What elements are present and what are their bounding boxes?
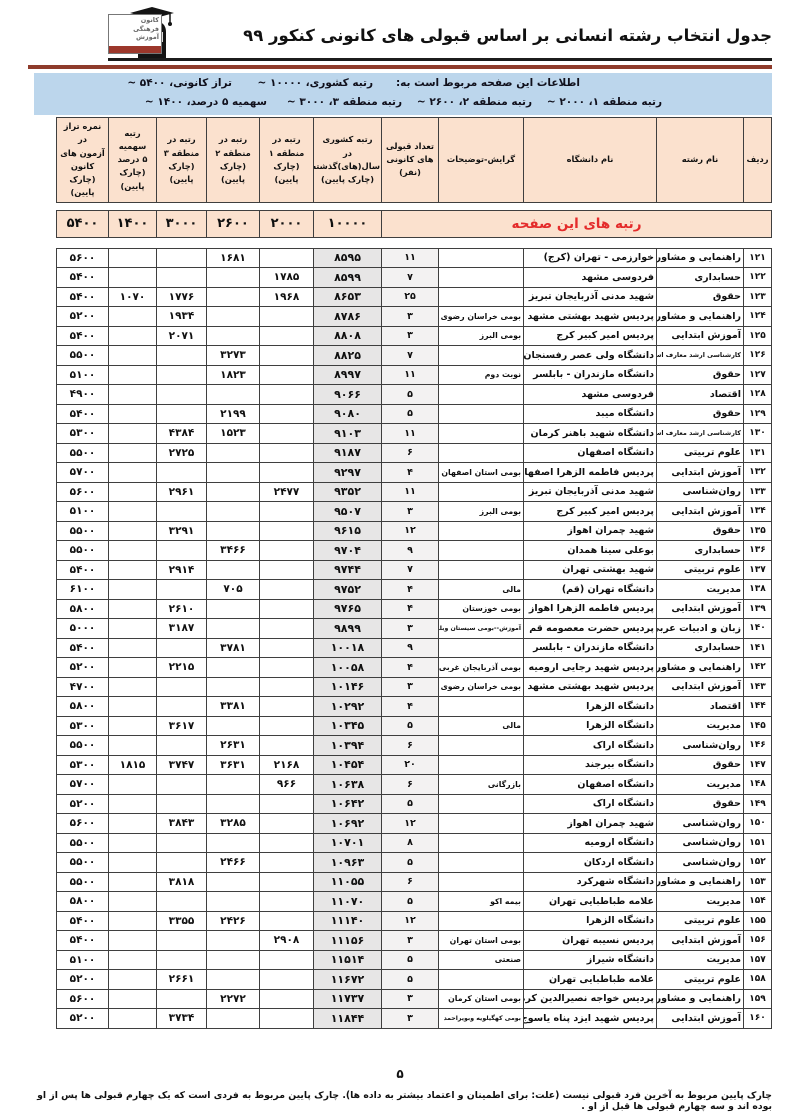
cell-taraz: ۴۹۰۰ (57, 385, 109, 405)
table-row: ۱۴۶روان‌شناسیدانشگاه اراک۶۱۰۳۹۴۲۶۳۱۵۵۰۰ (57, 736, 772, 756)
page-rank-m1: ۲۰۰۰ (260, 210, 314, 237)
cell-tedad: ۴ (382, 658, 439, 678)
cell-reshte: آموزش ابتدایی (657, 326, 744, 346)
cell-m2 (207, 950, 260, 970)
cell-reshte: مدیریت (657, 580, 744, 600)
cell-tedad: ۱۲ (382, 911, 439, 931)
cell-m1 (260, 599, 314, 619)
cell-m3: ۴۳۸۴ (157, 424, 207, 444)
cell-daneshgah: دانشگاه الزهرا (524, 911, 657, 931)
cell-daneshgah: دانشگاه اراک (524, 794, 657, 814)
page-rank-keshvari: ۱۰۰۰۰ (314, 210, 382, 237)
cell-keshvari: ۱۱۱۵۶ (314, 931, 382, 951)
cell-taraz: ۵۵۰۰ (57, 541, 109, 561)
cell-daneshgah: پردیس شهید ایزد پناه یاسوج (524, 1009, 657, 1029)
cell-daneshgah: شهید مدنی آذربایجان تبریز (524, 482, 657, 502)
cell-radif: ۱۲۵ (744, 326, 772, 346)
cell-radif: ۱۲۴ (744, 307, 772, 327)
cell-sahmiye (109, 716, 157, 736)
table-row: ۱۴۸مدیریتدانشگاه اصفهانبازرگانی۶۱۰۶۳۸۹۶۶… (57, 775, 772, 795)
cell-tedad: ۶ (382, 736, 439, 756)
cell-daneshgah: دانشگاه شیراز (524, 950, 657, 970)
cell-reshte: کارشناسی ارشد معارف اسلامی و حقوق (657, 346, 744, 366)
cell-keshvari: ۱۱۶۷۲ (314, 970, 382, 990)
cell-gerayesh (439, 736, 524, 756)
cell-m2 (207, 677, 260, 697)
cell-sahmiye (109, 560, 157, 580)
cell-taraz: ۵۵۰۰ (57, 872, 109, 892)
cell-tedad: ۳ (382, 677, 439, 697)
cell-m3: ۳۱۸۷ (157, 619, 207, 639)
cell-keshvari: ۹۱۰۳ (314, 424, 382, 444)
cell-tedad: ۵ (382, 970, 439, 990)
cell-radif: ۱۶۰ (744, 1009, 772, 1029)
cell-sahmiye (109, 404, 157, 424)
cell-reshte: مدیریت (657, 950, 744, 970)
cell-taraz: ۵۵۰۰ (57, 736, 109, 756)
cell-tedad: ۳ (382, 931, 439, 951)
table-row: ۱۳۵حقوقشهید چمران اهواز۱۲۹۶۱۵۳۲۹۱۵۵۰۰ (57, 521, 772, 541)
cell-gerayesh: مالی (439, 580, 524, 600)
cell-keshvari: ۸۵۹۹ (314, 268, 382, 288)
cell-taraz: ۵۲۰۰ (57, 794, 109, 814)
cell-gerayesh (439, 482, 524, 502)
cell-sahmiye (109, 697, 157, 717)
cell-daneshgah: پردیس شهید بهشتی مشهد (524, 307, 657, 327)
cell-sahmiye (109, 775, 157, 795)
cell-radif: ۱۳۱ (744, 443, 772, 463)
cell-reshte: راهنمایی و مشاوره (657, 872, 744, 892)
cell-sahmiye (109, 580, 157, 600)
cell-gerayesh: آموزش--بومی سیستان وبلوچستان (439, 619, 524, 639)
cell-daneshgah: دانشگاه اصفهان (524, 443, 657, 463)
cell-radif: ۱۵۴ (744, 892, 772, 912)
cell-daneshgah: پردیس نسیبه تهران (524, 931, 657, 951)
cell-m3 (157, 794, 207, 814)
cell-m2 (207, 833, 260, 853)
cell-daneshgah: خوارزمی - تهران (کرج) (524, 248, 657, 268)
cell-taraz: ۵۲۰۰ (57, 307, 109, 327)
cell-daneshgah: دانشگاه تهران (قم) (524, 580, 657, 600)
cell-keshvari: ۹۳۵۲ (314, 482, 382, 502)
cell-m3: ۲۶۱۰ (157, 599, 207, 619)
cell-gerayesh (439, 970, 524, 990)
table-row: ۱۴۵مدیریتدانشگاه الزهرامالی۵۱۰۳۴۵۳۶۱۷۵۳۰… (57, 716, 772, 736)
cell-m2: ۱۵۲۳ (207, 424, 260, 444)
cell-m2 (207, 385, 260, 405)
cell-tedad: ۵ (382, 853, 439, 873)
cell-gerayesh: بومی البرز (439, 502, 524, 522)
cell-m2 (207, 619, 260, 639)
cell-keshvari: ۱۱۸۴۴ (314, 1009, 382, 1029)
cell-reshte: روان‌شناسی (657, 853, 744, 873)
cell-radif: ۱۲۲ (744, 268, 772, 288)
header-tedad: تعداد قبولی های کانونی (نفر) (382, 118, 439, 203)
page-title: جدول انتخاب رشته انسانی بر اساس قبولی ها… (243, 26, 772, 45)
cell-m1 (260, 346, 314, 366)
cell-tedad: ۱۲ (382, 814, 439, 834)
cell-sahmiye (109, 911, 157, 931)
cell-daneshgah: دانشگاه ولی عصر رفسنجان (524, 346, 657, 366)
cell-keshvari: ۹۰۶۶ (314, 385, 382, 405)
cell-gerayesh: بومی کهگیلویه وبویراحمد (439, 1009, 524, 1029)
cell-daneshgah: پردیس شهید بهشتی مشهد (524, 677, 657, 697)
cell-daneshgah: دانشگاه اصفهان (524, 775, 657, 795)
cell-gerayesh (439, 853, 524, 873)
cell-reshte: علوم تربیتی (657, 970, 744, 990)
cell-gerayesh (439, 346, 524, 366)
cell-tedad: ۲۰ (382, 755, 439, 775)
cell-radif: ۱۴۰ (744, 619, 772, 639)
cell-taraz: ۵۱۰۰ (57, 502, 109, 522)
separator-cell (57, 237, 772, 248)
cell-sahmiye (109, 521, 157, 541)
cell-tedad: ۴ (382, 599, 439, 619)
cell-tedad: ۷ (382, 346, 439, 366)
cell-m1 (260, 892, 314, 912)
cell-gerayesh (439, 697, 524, 717)
cell-radif: ۱۴۶ (744, 736, 772, 756)
cell-m3 (157, 385, 207, 405)
cell-m1 (260, 1009, 314, 1029)
cell-radif: ۱۲۳ (744, 287, 772, 307)
cell-reshte: حقوق (657, 521, 744, 541)
cell-radif: ۱۲۷ (744, 365, 772, 385)
cell-m1 (260, 404, 314, 424)
cell-m3 (157, 989, 207, 1009)
cell-taraz: ۴۷۰۰ (57, 677, 109, 697)
cell-sahmiye (109, 326, 157, 346)
cell-tedad: ۱۱ (382, 248, 439, 268)
table-row: ۱۴۹حقوقدانشگاه اراک۵۱۰۶۴۲۵۲۰۰ (57, 794, 772, 814)
footer-note: چارک پایین مربوط به آخرین فرد قبولی نیست… (28, 1090, 772, 1112)
cell-keshvari: ۱۰۰۱۸ (314, 638, 382, 658)
cell-tedad: ۴ (382, 697, 439, 717)
cell-sahmiye (109, 385, 157, 405)
cell-gerayesh (439, 424, 524, 444)
cell-m1 (260, 580, 314, 600)
cell-sahmiye (109, 268, 157, 288)
cell-taraz: ۵۲۰۰ (57, 970, 109, 990)
header-taraz: نمره تراز در آزمون های کانون (چارک پایین… (57, 118, 109, 203)
cell-keshvari: ۸۹۹۷ (314, 365, 382, 385)
cell-sahmiye (109, 833, 157, 853)
cell-tedad: ۵ (382, 404, 439, 424)
cell-reshte: روان‌شناسی (657, 736, 744, 756)
cell-reshte: روان‌شناسی (657, 482, 744, 502)
cell-m3: ۳۶۱۷ (157, 716, 207, 736)
table-row: ۱۲۳حقوقشهید مدنی آذربایجان تبریز۲۵۸۶۵۳۱۹… (57, 287, 772, 307)
cell-sahmiye (109, 989, 157, 1009)
cell-m3 (157, 463, 207, 483)
cell-m1: ۲۱۶۸ (260, 755, 314, 775)
cell-m3 (157, 677, 207, 697)
cell-m2 (207, 287, 260, 307)
cell-m3 (157, 346, 207, 366)
cell-taraz: ۵۵۰۰ (57, 853, 109, 873)
cell-taraz: ۵۰۰۰ (57, 619, 109, 639)
table-row: ۱۴۴اقتصاددانشگاه الزهرا۴۱۰۲۹۲۳۳۸۱۵۸۰۰ (57, 697, 772, 717)
cell-keshvari: ۱۰۱۴۶ (314, 677, 382, 697)
cell-m3 (157, 892, 207, 912)
cell-daneshgah: پردیس امیر کبیر کرج (524, 502, 657, 522)
cell-gerayesh (439, 268, 524, 288)
cell-sahmiye (109, 502, 157, 522)
cell-keshvari: ۹۷۴۴ (314, 560, 382, 580)
cell-m1: ۲۹۰۸ (260, 931, 314, 951)
cell-gerayesh: مالی (439, 716, 524, 736)
cell-m1 (260, 502, 314, 522)
table-row: ۱۴۳آموزش ابتداییپردیس شهید بهشتی مشهدبوم… (57, 677, 772, 697)
cell-tedad: ۹ (382, 638, 439, 658)
info-region2-rank: رتبه منطقه ۲، ۲۶۰۰ ~ (417, 96, 532, 108)
cell-tedad: ۴ (382, 580, 439, 600)
page-rank-taraz: ۵۴۰۰ (57, 210, 109, 237)
cell-m1 (260, 950, 314, 970)
cell-m3: ۳۸۴۳ (157, 814, 207, 834)
cell-keshvari: ۱۰۳۴۵ (314, 716, 382, 736)
cell-daneshgah: پردیس خواجه نصیرالدین کرمان (524, 989, 657, 1009)
cell-m1 (260, 560, 314, 580)
cell-taraz: ۶۱۰۰ (57, 580, 109, 600)
table-row: ۱۶۰آموزش ابتداییپردیس شهید ایزد پناه یاس… (57, 1009, 772, 1029)
cell-tedad: ۴ (382, 463, 439, 483)
cell-tedad: ۳ (382, 307, 439, 327)
cell-keshvari: ۱۱۷۳۷ (314, 989, 382, 1009)
cell-daneshgah: شهید چمران اهواز (524, 814, 657, 834)
cell-radif: ۱۵۱ (744, 833, 772, 853)
cell-daneshgah: دانشگاه بیرجند (524, 755, 657, 775)
cell-daneshgah: دانشگاه شهید باهنر کرمان (524, 424, 657, 444)
cell-m1 (260, 521, 314, 541)
table-row: ۱۵۰روان‌شناسیشهید چمران اهواز۱۲۱۰۶۹۲۳۲۸۵… (57, 814, 772, 834)
cell-sahmiye (109, 950, 157, 970)
cell-tedad: ۱۱ (382, 482, 439, 502)
cell-reshte: آموزش ابتدایی (657, 677, 744, 697)
cell-reshte: راهنمایی و مشاوره (657, 307, 744, 327)
cell-tedad: ۳ (382, 989, 439, 1009)
cell-keshvari: ۱۰۴۵۴ (314, 755, 382, 775)
cell-keshvari: ۱۰۶۳۸ (314, 775, 382, 795)
cell-daneshgah: دانشگاه اردکان (524, 853, 657, 873)
cell-m2: ۳۴۶۶ (207, 541, 260, 561)
cell-m3: ۲۲۱۵ (157, 658, 207, 678)
cell-tedad: ۵ (382, 892, 439, 912)
cell-daneshgah: دانشگاه شهرکرد (524, 872, 657, 892)
table-row: ۱۵۲روان‌شناسیدانشگاه اردکان۵۱۰۹۶۳۲۴۶۶۵۵۰… (57, 853, 772, 873)
cell-m1 (260, 853, 314, 873)
cell-sahmiye (109, 736, 157, 756)
cell-sahmiye (109, 658, 157, 678)
cell-keshvari: ۹۷۵۲ (314, 580, 382, 600)
cell-keshvari: ۹۷۶۵ (314, 599, 382, 619)
cell-gerayesh (439, 541, 524, 561)
cell-m3 (157, 931, 207, 951)
cell-m1 (260, 970, 314, 990)
cell-m1 (260, 443, 314, 463)
cell-keshvari: ۱۱۵۱۴ (314, 950, 382, 970)
cell-m2: ۳۶۳۱ (207, 755, 260, 775)
table-row: ۱۳۰کارشناسی ارشد معارف اسلامی و حقوقدانش… (57, 424, 772, 444)
cell-taraz: ۵۵۰۰ (57, 833, 109, 853)
table-row: ۱۲۸اقتصادفردوسی مشهد۵۹۰۶۶۴۹۰۰ (57, 385, 772, 405)
info-banner: اطلاعات این صفحه مربوط است به: رتبه کشور… (34, 73, 772, 115)
table-row: ۱۵۴مدیریتعلامه طباطبایی تهرانبیمه اکو۵۱۱… (57, 892, 772, 912)
cell-taraz: ۵۵۰۰ (57, 443, 109, 463)
cell-daneshgah: فردوسی مشهد (524, 385, 657, 405)
table-row: ۱۲۷حقوقدانشگاه مازندران - بابلسرنوبت دوم… (57, 365, 772, 385)
info-quota-rank: سهمیه ۵ درصد، ۱۴۰۰ ~ (145, 96, 267, 108)
header-m1: رتبه در منطقه ۱ (چارک پایین) (260, 118, 314, 203)
cell-reshte: علوم تربیتی (657, 911, 744, 931)
cell-m1 (260, 716, 314, 736)
cell-sahmiye (109, 892, 157, 912)
cell-m3 (157, 502, 207, 522)
cell-radif: ۱۴۷ (744, 755, 772, 775)
cell-daneshgah: دانشگاه مازندران - بابلسر (524, 638, 657, 658)
cell-sahmiye (109, 307, 157, 327)
cell-gerayesh (439, 404, 524, 424)
table-row: ۱۳۷علوم تربیتیشهید بهشتی تهران۷۹۷۴۴۲۹۱۴۵… (57, 560, 772, 580)
cell-reshte: حقوق (657, 404, 744, 424)
cell-m1 (260, 833, 314, 853)
cell-radif: ۱۵۳ (744, 872, 772, 892)
cell-m3 (157, 248, 207, 268)
cell-tedad: ۲۵ (382, 287, 439, 307)
cell-sahmiye (109, 853, 157, 873)
cell-m1 (260, 872, 314, 892)
table-row: ۱۲۲حسابداریفردوسی مشهد۷۸۵۹۹۱۷۸۵۵۴۰۰ (57, 268, 772, 288)
document-page: کانون فرهنگی آموزش جدول انتخاب رشته انسا… (0, 0, 800, 1119)
header-row: ردیفنام رشتهنام دانشگاهگرایش-توضیحاتتعدا… (57, 118, 772, 203)
cell-m1 (260, 794, 314, 814)
cell-radif: ۱۲۸ (744, 385, 772, 405)
cell-sahmiye (109, 346, 157, 366)
cell-m2: ۲۶۳۱ (207, 736, 260, 756)
cell-m1: ۱۹۶۸ (260, 287, 314, 307)
cell-daneshgah: علامه طباطبایی تهران (524, 892, 657, 912)
cell-m2 (207, 268, 260, 288)
cell-m2 (207, 970, 260, 990)
cell-keshvari: ۸۸۲۵ (314, 346, 382, 366)
cell-m3 (157, 541, 207, 561)
table-row: ۱۵۵علوم تربیتیدانشگاه الزهرا۱۲۱۱۱۴۰۲۴۲۶۳… (57, 911, 772, 931)
cell-m1 (260, 677, 314, 697)
cell-gerayesh (439, 814, 524, 834)
cell-m3: ۲۹۶۱ (157, 482, 207, 502)
cell-m2: ۷۰۵ (207, 580, 260, 600)
cell-reshte: کارشناسی ارشد معارف اسلامی و حقوق (657, 424, 744, 444)
cell-gerayesh (439, 385, 524, 405)
cell-taraz: ۵۴۰۰ (57, 404, 109, 424)
kanoon-logo: کانون فرهنگی آموزش (64, 4, 176, 62)
cell-m2: ۳۳۸۱ (207, 697, 260, 717)
cell-m3: ۳۲۹۱ (157, 521, 207, 541)
logo-sign-line: کانون (109, 16, 159, 25)
cell-m2: ۲۲۷۲ (207, 989, 260, 1009)
cell-m3: ۱۹۳۴ (157, 307, 207, 327)
cell-reshte: آموزش ابتدایی (657, 502, 744, 522)
page-rank-sahmiye: ۱۴۰۰ (109, 210, 157, 237)
cell-m3 (157, 736, 207, 756)
cell-radif: ۱۴۴ (744, 697, 772, 717)
cell-m1 (260, 541, 314, 561)
cell-radif: ۱۴۹ (744, 794, 772, 814)
cell-radif: ۱۲۹ (744, 404, 772, 424)
cell-tedad: ۶ (382, 443, 439, 463)
cell-reshte: مدیریت (657, 716, 744, 736)
cell-m1 (260, 697, 314, 717)
table-row: ۱۲۶کارشناسی ارشد معارف اسلامی و حقوقدانش… (57, 346, 772, 366)
cell-daneshgah: پردیس فاطمه الزهرا اهواز (524, 599, 657, 619)
maroon-divider (28, 65, 772, 69)
separator-row (57, 237, 772, 248)
cell-taraz: ۵۳۰۰ (57, 424, 109, 444)
cell-m2 (207, 658, 260, 678)
header-reshte: نام رشته (657, 118, 744, 203)
header-radif: ردیف (744, 118, 772, 203)
cell-reshte: مدیریت (657, 892, 744, 912)
cell-radif: ۱۴۸ (744, 775, 772, 795)
cell-sahmiye (109, 619, 157, 639)
cell-tedad: ۳ (382, 1009, 439, 1029)
cell-m1: ۹۶۶ (260, 775, 314, 795)
cell-reshte: حقوق (657, 755, 744, 775)
cell-m3 (157, 950, 207, 970)
cell-taraz: ۵۷۰۰ (57, 463, 109, 483)
cell-daneshgah: پردیس امیر کبیر کرج (524, 326, 657, 346)
cell-m2: ۲۱۹۹ (207, 404, 260, 424)
cell-radif: ۱۴۱ (744, 638, 772, 658)
cell-taraz: ۵۳۰۰ (57, 716, 109, 736)
cell-radif: ۱۳۹ (744, 599, 772, 619)
table-row: ۱۵۷مدیریتدانشگاه شیرازصنعتی۵۱۱۵۱۴۵۱۰۰ (57, 950, 772, 970)
cell-gerayesh (439, 833, 524, 853)
cell-m3 (157, 775, 207, 795)
cell-reshte: مدیریت (657, 775, 744, 795)
cell-taraz: ۵۳۰۰ (57, 755, 109, 775)
info-region3-rank: رتبه منطقه ۳، ۳۰۰۰ ~ (287, 96, 402, 108)
cell-sahmiye (109, 677, 157, 697)
page-rank-m2: ۲۶۰۰ (207, 210, 260, 237)
cell-radif: ۱۳۰ (744, 424, 772, 444)
header-sahmiye: رتبه سهمیه ۵ درصد (چارک پایین) (109, 118, 157, 203)
cell-daneshgah: دانشگاه میبد (524, 404, 657, 424)
cell-m3 (157, 580, 207, 600)
table-row: ۱۲۴راهنمایی و مشاورهپردیس شهید بهشتی مشه… (57, 307, 772, 327)
cell-taraz: ۵۸۰۰ (57, 892, 109, 912)
cell-m1 (260, 307, 314, 327)
cell-radif: ۱۳۷ (744, 560, 772, 580)
cell-taraz: ۵۲۰۰ (57, 1009, 109, 1029)
cell-gerayesh (439, 755, 524, 775)
cell-m3: ۳۷۴۷ (157, 755, 207, 775)
cell-tedad: ۷ (382, 560, 439, 580)
cell-m2: ۳۲۷۳ (207, 346, 260, 366)
cell-m2: ۲۴۲۶ (207, 911, 260, 931)
cell-keshvari: ۹۵۰۷ (314, 502, 382, 522)
cell-sahmiye (109, 970, 157, 990)
cell-sahmiye (109, 931, 157, 951)
cell-gerayesh: بومی خوزستان (439, 599, 524, 619)
table-row: ۱۵۹راهنمایی و مشاورهپردیس خواجه نصیرالدی… (57, 989, 772, 1009)
cell-m1 (260, 326, 314, 346)
cell-taraz: ۵۴۰۰ (57, 931, 109, 951)
cell-radif: ۱۳۲ (744, 463, 772, 483)
cell-taraz: ۵۴۰۰ (57, 560, 109, 580)
cell-gerayesh (439, 911, 524, 931)
rankings-table: ردیفنام رشتهنام دانشگاهگرایش-توضیحاتتعدا… (56, 117, 772, 1029)
